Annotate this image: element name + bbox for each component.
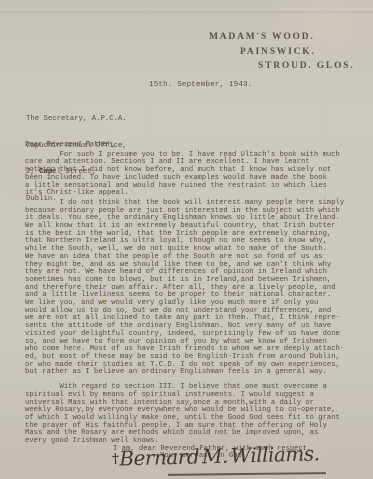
letterhead-line-3: STROUD. GLOS.	[258, 61, 355, 71]
paragraph-3: With regard to section III. I believe th…	[25, 384, 370, 446]
signature: †Bernard M. Williams.	[112, 441, 320, 470]
letterhead-line-2: PAINSWICK.	[240, 47, 316, 57]
paragraph-1: For such I presume you to be. I have rea…	[25, 152, 370, 198]
paragraph-2: I do not think that the book will intere…	[25, 200, 370, 377]
signature-underline	[168, 472, 326, 476]
letter-body: Dear Reverend Father, For such I presume…	[25, 142, 370, 461]
recipient-line-1: The Secretary, A.P.C.A.	[26, 115, 127, 124]
horizontal-fold-crease	[0, 8, 373, 13]
salutation: Dear Reverend Father,	[25, 142, 370, 150]
letterhead-line-1: MADAM'S WOOD.	[209, 32, 315, 42]
signature-name: Bernard M. Williams.	[119, 441, 320, 470]
cross-icon: †	[112, 452, 119, 467]
letter-page: MADAM'S WOOD. PAINSWICK. STROUD. GLOS. 1…	[0, 0, 373, 479]
date-line: 15th. September, 1943.	[149, 81, 252, 89]
